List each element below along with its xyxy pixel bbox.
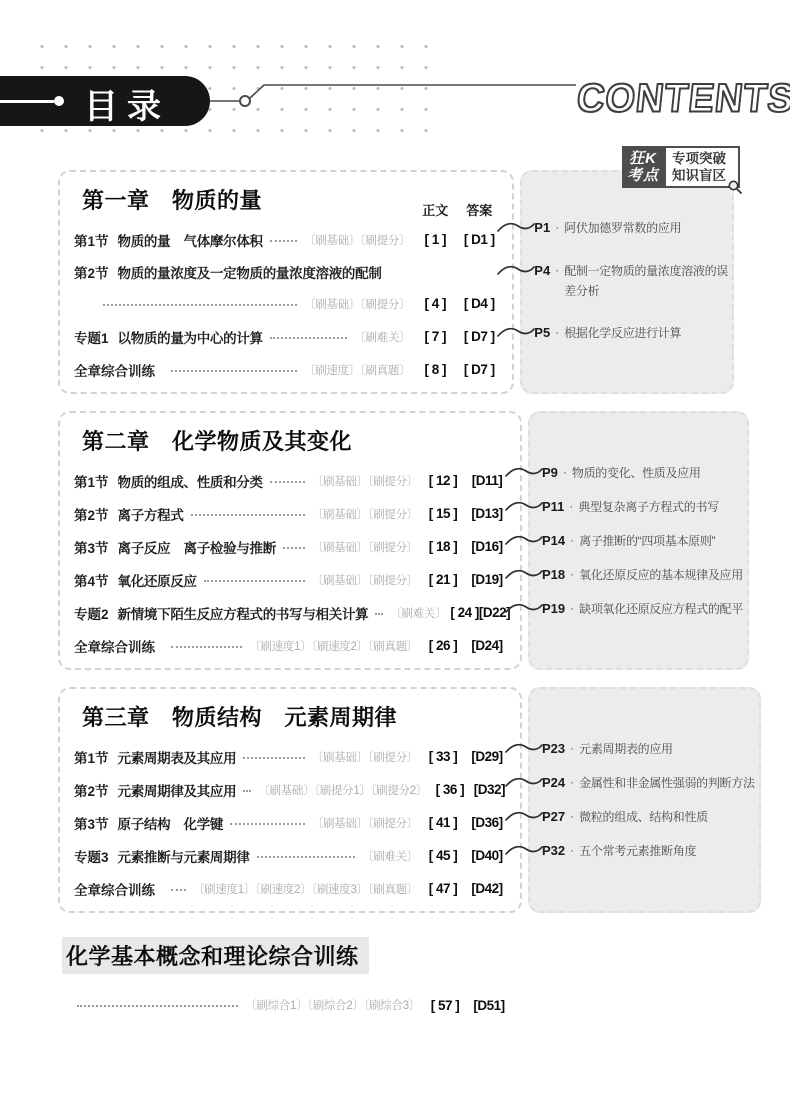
chapter-block: 第一章 物质的量正文答案第1节物质的量 气体摩尔体积〔刷基础〕〔刷提分〕[ 1 … xyxy=(58,170,734,394)
highlight-page-ref: P1 xyxy=(534,218,550,237)
highlight-text: 阿伏加德罗常数的应用 xyxy=(564,218,681,238)
section-label: 第3节 xyxy=(74,537,109,557)
highlight-page-ref: P32 xyxy=(542,841,565,860)
highlight-item: P11·典型复杂离子方程式的书写 xyxy=(542,497,743,518)
chapter-block: 第三章 物质结构 元素周期律第1节元素周期表及其应用〔刷基础〕〔刷提分〕[ 33… xyxy=(58,687,734,913)
toc-row: 第2节物质的量浓度及一定物质的量浓度溶液的配制〔刷基础〕〔刷提分〕[ 4 ][ … xyxy=(72,256,502,320)
page-number: [ 41 ] xyxy=(422,815,464,830)
section-label: 第1节 xyxy=(74,471,109,491)
dotted-leader xyxy=(77,1003,238,1007)
section-title: 以物质的量为中心的计算 xyxy=(118,327,263,347)
highlight-page-ref: P9 xyxy=(542,463,558,482)
page-number: [ 15 ] xyxy=(422,506,464,521)
highlight-item: P19·缺项氧化还原反应方程式的配平 xyxy=(542,599,743,620)
chapter-header: 第二章 化学物质及其变化 xyxy=(72,421,510,464)
chapter-header: 第三章 物质结构 元素周期律 xyxy=(72,697,510,740)
text-column-label: 正文 xyxy=(414,200,456,219)
column-headers: 正文答案 xyxy=(414,200,502,219)
chapter-title: 第三章 物质结构 元素周期律 xyxy=(82,701,510,732)
answer-page-number: [D51] xyxy=(466,998,512,1013)
answer-column-label: 答案 xyxy=(456,200,502,219)
practice-tags: 〔刷基础〕〔刷提分〕 xyxy=(304,296,410,312)
connector-arc-icon xyxy=(504,775,544,789)
separator-dot: · xyxy=(563,463,567,482)
highlight-item: P18·氧化还原反应的基本规律及应用 xyxy=(542,565,743,586)
practice-tags: 〔刷基础〕〔刷提分〕 xyxy=(312,539,418,555)
section-title: 物质的量浓度及一定物质的量浓度溶液的配制 xyxy=(118,262,382,282)
dotted-leader xyxy=(243,788,251,792)
brand-logo-line2: 考点 xyxy=(627,167,659,184)
connector-arc-icon xyxy=(504,499,544,513)
connector-arc-icon xyxy=(504,809,544,823)
toc-row: 第2节元素周期律及其应用〔刷基础〕〔刷提分1〕〔刷提分2〕[ 36 ][D32] xyxy=(72,773,510,806)
practice-tags: 〔刷速度〕〔刷真题〕 xyxy=(304,362,410,378)
toc-title-pill: 目录 xyxy=(0,76,210,126)
final-section: 化学基本概念和理论综合训练 〔刷综合1〕〔刷综合2〕〔刷综合3〕[ 57 ][D… xyxy=(58,937,522,1020)
separator-dot: · xyxy=(570,807,574,826)
connector-arc-icon xyxy=(496,263,536,277)
highlight-text: 配制一定物质的量浓度溶液的误 差分析 xyxy=(564,261,728,301)
practice-tags: 〔刷速度1〕〔刷速度2〕〔刷真题〕 xyxy=(249,638,418,654)
page-number: [ 7 ] xyxy=(414,329,456,344)
contents-label: CONTENTS xyxy=(575,77,790,122)
connector-arc-icon xyxy=(496,220,536,234)
separator-dot: · xyxy=(569,497,573,516)
separator-dot: · xyxy=(555,261,559,280)
practice-tags: 〔刷难关〕 xyxy=(390,605,446,621)
chapter-block: 第二章 化学物质及其变化第1节物质的组成、性质和分类〔刷基础〕〔刷提分〕[ 12… xyxy=(58,411,734,670)
practice-tags: 〔刷速度1〕〔刷速度2〕〔刷速度3〕〔刷真题〕 xyxy=(193,881,418,897)
practice-tags: 〔刷基础〕〔刷提分〕 xyxy=(312,572,418,588)
section-title: 物质的量 气体摩尔体积 xyxy=(118,230,263,250)
highlight-page-ref: P18 xyxy=(542,565,565,584)
chapter-header: 第一章 物质的量正文答案 xyxy=(72,180,502,223)
section-label: 专题1 xyxy=(74,327,109,347)
highlight-item: P24·金属性和非金属性强弱的判断方法 xyxy=(542,773,755,794)
section-title: 元素周期律及其应用 xyxy=(118,780,237,800)
page-number: [ 21 ] xyxy=(422,572,464,587)
toc-row: 第3节原子结构 化学键〔刷基础〕〔刷提分〕[ 41 ][D36] xyxy=(72,806,510,839)
page-title: 目录 xyxy=(84,79,170,128)
chapter-highlights-panel: P23·元素周期表的应用P24·金属性和非金属性强弱的判断方法P27·微粒的组成… xyxy=(528,687,761,913)
highlight-page-ref: P27 xyxy=(542,807,565,826)
highlight-page-ref: P14 xyxy=(542,531,565,550)
highlight-text: 金属性和非金属性强弱的判断方法 xyxy=(579,773,755,793)
final-section-title: 化学基本概念和理论综合训练 xyxy=(62,937,369,974)
section-label: 第1节 xyxy=(74,747,109,767)
toc-row: 全章综合训练〔刷速度1〕〔刷速度2〕〔刷速度3〕〔刷真题〕[ 47 ][D42] xyxy=(72,872,510,905)
dotted-leader xyxy=(270,479,305,483)
section-label: 第2节 xyxy=(74,262,109,282)
highlight-text: 根据化学反应进行计算 xyxy=(564,323,681,343)
highlight-page-ref: P19 xyxy=(542,599,565,618)
highlight-item: P5·根据化学反应进行计算 xyxy=(534,323,728,344)
practice-tags: 〔刷基础〕〔刷提分〕 xyxy=(312,749,418,765)
section-label: 全章综合训练 xyxy=(74,879,155,899)
page-number: [ 36 ] xyxy=(431,782,469,797)
toc-row: 专题3元素推断与元素周期律〔刷难关〕[ 45 ][D40] xyxy=(72,839,510,872)
final-row: 〔刷综合1〕〔刷综合2〕〔刷综合3〕[ 57 ][D51] xyxy=(62,990,512,1020)
highlight-text: 微粒的组成、结构和性质 xyxy=(579,807,708,827)
toc-row: 第4节氧化还原反应〔刷基础〕〔刷提分〕[ 21 ][D19] xyxy=(72,563,510,596)
dotted-leader xyxy=(171,644,242,648)
connector-arc-icon xyxy=(504,533,544,547)
toc-row: 第2节离子方程式〔刷基础〕〔刷提分〕[ 15 ][D13] xyxy=(72,497,510,530)
page-number: [ 12 ] xyxy=(422,473,464,488)
dotted-leader xyxy=(204,578,305,582)
highlight-page-ref: P4 xyxy=(534,261,550,280)
dotted-leader xyxy=(230,821,305,825)
magnifier-icon xyxy=(727,179,743,195)
page-number: [ 18 ] xyxy=(422,539,464,554)
highlight-page-ref: P23 xyxy=(542,739,565,758)
practice-tags: 〔刷基础〕〔刷提分〕 xyxy=(304,232,410,248)
highlight-text: 五个常考元素推断角度 xyxy=(579,841,696,861)
page-number: [ 33 ] xyxy=(422,749,464,764)
section-label: 第3节 xyxy=(74,813,109,833)
brand-badge: 狂K 考点 专项突破 知识盲区 xyxy=(622,146,740,188)
separator-dot: · xyxy=(570,565,574,584)
section-label: 第1节 xyxy=(74,230,109,250)
highlight-page-ref: P11 xyxy=(542,497,564,516)
connector-arc-icon xyxy=(504,601,544,615)
practice-tags: 〔刷难关〕 xyxy=(354,329,410,345)
separator-dot: · xyxy=(555,218,559,237)
practice-tags: 〔刷基础〕〔刷提分〕 xyxy=(312,815,418,831)
separator-dot: · xyxy=(570,739,574,758)
toc-row-page-line: 〔刷基础〕〔刷提分〕[ 4 ][ D4 ] xyxy=(72,287,502,320)
chapter-main-box: 第一章 物质的量正文答案第1节物质的量 气体摩尔体积〔刷基础〕〔刷提分〕[ 1 … xyxy=(58,170,514,394)
section-title: 元素周期表及其应用 xyxy=(118,747,237,767)
dotted-leader xyxy=(257,854,355,858)
practice-tags: 〔刷综合1〕〔刷综合2〕〔刷综合3〕 xyxy=(245,997,420,1013)
answer-page-number: [ D7 ] xyxy=(456,362,502,377)
badge-tagline1: 专项突破 xyxy=(672,150,738,167)
chapters-container: 第一章 物质的量正文答案第1节物质的量 气体摩尔体积〔刷基础〕〔刷提分〕[ 1 … xyxy=(58,170,734,1020)
brand-logo-line1: 狂K xyxy=(629,150,657,167)
highlight-item: P1·阿伏加德罗常数的应用 xyxy=(534,218,728,239)
section-title: 元素推断与元素周期律 xyxy=(118,846,250,866)
toc-row-title-line: 第2节物质的量浓度及一定物质的量浓度溶液的配制 xyxy=(72,256,502,287)
separator-dot: · xyxy=(570,841,574,860)
section-title: 物质的组成、性质和分类 xyxy=(118,471,263,491)
toc-page: 目录 CONTENTS 狂K 考点 专项突破 知识盲区 第一章 物质的量正文答案… xyxy=(0,0,790,1101)
section-title: 离子反应 离子检验与推断 xyxy=(118,537,276,557)
chapter-main-box: 第二章 化学物质及其变化第1节物质的组成、性质和分类〔刷基础〕〔刷提分〕[ 12… xyxy=(58,411,522,670)
answer-page-number: [ D4 ] xyxy=(456,296,502,311)
highlight-item: P14·离子推断的“四项基本原则” xyxy=(542,531,743,552)
practice-tags: 〔刷基础〕〔刷提分〕 xyxy=(312,506,418,522)
highlight-item: P32·五个常考元素推断角度 xyxy=(542,841,755,862)
toc-row: 第1节元素周期表及其应用〔刷基础〕〔刷提分〕[ 33 ][D29] xyxy=(72,740,510,773)
separator-dot: · xyxy=(570,599,574,618)
chapter-title: 第二章 化学物质及其变化 xyxy=(82,425,510,456)
highlight-text: 物质的变化、性质及应用 xyxy=(572,463,701,483)
answer-page-number: [ D1 ] xyxy=(456,232,502,247)
dotted-leader xyxy=(270,335,348,339)
chapter-highlights-panel: P1·阿伏加德罗常数的应用P4·配制一定物质的量浓度溶液的误 差分析P5·根据化… xyxy=(520,170,734,394)
separator-dot: · xyxy=(555,323,559,342)
answer-page-number: [D42] xyxy=(464,881,510,896)
toc-row: 全章综合训练〔刷速度1〕〔刷速度2〕〔刷真题〕[ 26 ][D24] xyxy=(72,629,510,662)
toc-row: 专题1以物质的量为中心的计算〔刷难关〕[ 7 ][ D7 ] xyxy=(72,320,502,353)
section-title: 原子结构 化学键 xyxy=(118,813,224,833)
badge-text-box: 专项突破 知识盲区 xyxy=(664,146,740,188)
connector-arc-icon xyxy=(504,465,544,479)
brand-logo: 狂K 考点 xyxy=(622,146,664,188)
highlight-item: P23·元素周期表的应用 xyxy=(542,739,755,760)
connector-arc-icon xyxy=(504,843,544,857)
highlight-text: 缺项氧化还原反应方程式的配平 xyxy=(579,599,743,619)
connector-arc-icon xyxy=(504,567,544,581)
toc-row: 第1节物质的组成、性质和分类〔刷基础〕〔刷提分〕[ 12 ][D11] xyxy=(72,464,510,497)
section-label: 第2节 xyxy=(74,504,109,524)
highlight-item: P9·物质的变化、性质及应用 xyxy=(542,463,743,484)
section-label: 全章综合训练 xyxy=(74,360,155,380)
page-number: [ 45 ] xyxy=(422,848,464,863)
highlight-text: 典型复杂离子方程式的书写 xyxy=(578,497,718,517)
toc-row: 第1节物质的量 气体摩尔体积〔刷基础〕〔刷提分〕[ 1 ][ D1 ] xyxy=(72,223,502,256)
connector-arc-icon xyxy=(496,325,536,339)
section-label: 第2节 xyxy=(74,780,109,800)
section-title: 氧化还原反应 xyxy=(118,570,197,590)
toc-row: 专题2新情境下陌生反应方程式的书写与相关计算〔刷难关〕[ 24 ][D22] xyxy=(72,596,510,629)
practice-tags: 〔刷难关〕 xyxy=(362,848,418,864)
highlight-text: 离子推断的“四项基本原则” xyxy=(579,531,715,551)
section-label: 专题3 xyxy=(74,846,109,866)
highlight-page-ref: P5 xyxy=(534,323,550,342)
dotted-leader xyxy=(171,887,186,891)
page-number: [ 24 ] xyxy=(450,605,479,620)
highlight-page-ref: P24 xyxy=(542,773,565,792)
practice-tags: 〔刷基础〕〔刷提分〕 xyxy=(312,473,418,489)
connector-arc-icon xyxy=(504,741,544,755)
separator-dot: · xyxy=(570,773,574,792)
dotted-leader xyxy=(283,545,305,549)
separator-dot: · xyxy=(570,531,574,550)
section-title: 离子方程式 xyxy=(118,504,184,524)
page-number: [ 8 ] xyxy=(414,362,456,377)
page-number: [ 4 ] xyxy=(414,296,456,311)
section-label: 第4节 xyxy=(74,570,109,590)
highlight-text: 元素周期表的应用 xyxy=(579,739,673,759)
answer-page-number: [D24] xyxy=(464,638,510,653)
highlight-item: P4·配制一定物质的量浓度溶液的误 差分析 xyxy=(534,261,728,301)
highlight-item: P27·微粒的组成、结构和性质 xyxy=(542,807,755,828)
dotted-leader xyxy=(243,755,304,759)
toc-row: 全章综合训练〔刷速度〕〔刷真题〕[ 8 ][ D7 ] xyxy=(72,353,502,386)
dotted-leader xyxy=(103,302,297,306)
section-title: 新情境下陌生反应方程式的书写与相关计算 xyxy=(118,603,369,623)
dotted-leader xyxy=(191,512,305,516)
section-label: 全章综合训练 xyxy=(74,636,155,656)
dotted-leader xyxy=(171,368,297,372)
page-number: [ 57 ] xyxy=(424,998,466,1013)
page-number: [ 26 ] xyxy=(422,638,464,653)
dotted-leader xyxy=(270,238,297,242)
toc-row: 第3节离子反应 离子检验与推断〔刷基础〕〔刷提分〕[ 18 ][D16] xyxy=(72,530,510,563)
highlight-text: 氧化还原反应的基本规律及应用 xyxy=(579,565,743,585)
section-label: 专题2 xyxy=(74,603,109,623)
chapter-main-box: 第三章 物质结构 元素周期律第1节元素周期表及其应用〔刷基础〕〔刷提分〕[ 33… xyxy=(58,687,522,913)
page-number: [ 47 ] xyxy=(422,881,464,896)
chapter-highlights-panel: P9·物质的变化、性质及应用P11·典型复杂离子方程式的书写P14·离子推断的“… xyxy=(528,411,749,670)
dotted-leader xyxy=(375,611,383,615)
page-number: [ 1 ] xyxy=(414,232,456,247)
practice-tags: 〔刷基础〕〔刷提分1〕〔刷提分2〕 xyxy=(258,782,427,798)
